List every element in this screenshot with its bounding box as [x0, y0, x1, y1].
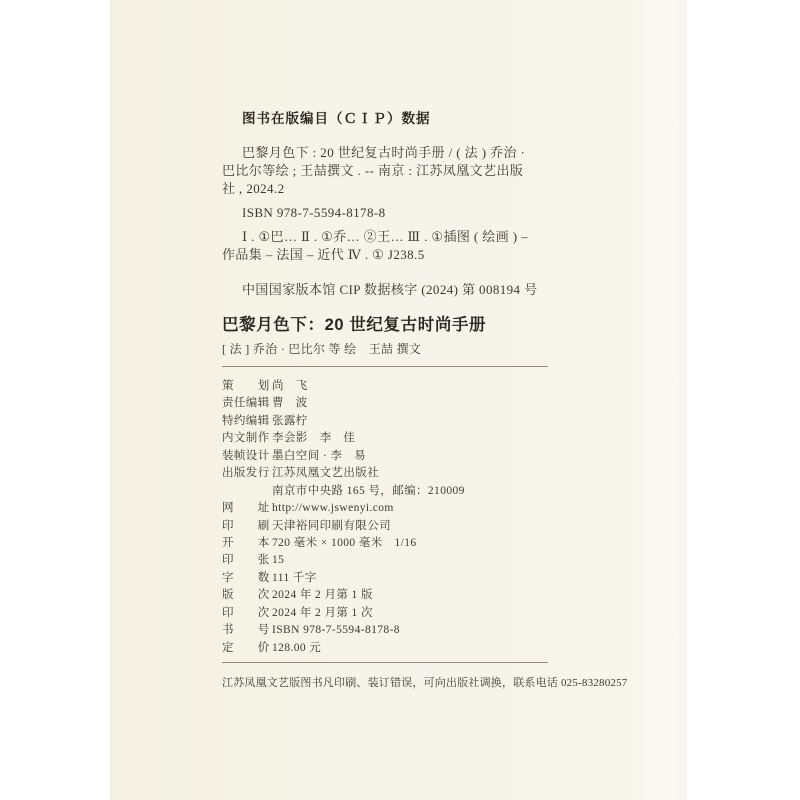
- credit-row-edition: 版 次 2024 年 2 月第 1 版: [222, 587, 662, 604]
- credit-label: 定 价: [222, 640, 266, 657]
- credit-value: 15: [272, 552, 284, 569]
- credit-label: 出版发行: [222, 465, 266, 482]
- divider-rule-top: [222, 366, 548, 367]
- credit-value: 墨白空间 · 李 易: [272, 448, 366, 465]
- credit-label: 印 张: [222, 552, 266, 569]
- credit-label: 策 划: [222, 378, 266, 395]
- book-byline: [ 法 ] 乔治 · 巴比尔 等 绘 王喆 撰文: [222, 341, 421, 357]
- cip-description-line-3: 社 , 2024.2: [222, 180, 285, 197]
- credit-row-book-number: 书 号 ISBN 978-7-5594-8178-8: [222, 622, 662, 639]
- credit-value: 720 毫米 × 1000 毫米 1/16: [272, 535, 417, 552]
- misprint-exchange-note: 江苏凤凰文艺版图书凡印刷、装订错误，可向出版社调换，联系电话 025-83280…: [222, 675, 628, 691]
- credit-label: 开 本: [222, 535, 266, 552]
- credit-row-publisher: 出版发行 江苏凤凰文艺出版社: [222, 465, 662, 482]
- credit-row-printer: 印 刷 天津裕同印刷有限公司: [222, 518, 662, 535]
- credit-label: 内文制作: [222, 430, 266, 447]
- credits-list: 策 划 尚 飞 责任编辑 曹 波 特约编辑 张露柠 内文制作 李会影 李 佳 装…: [222, 378, 662, 657]
- cip-header: 图书在版编目（ＣＩＰ）数据: [242, 110, 431, 127]
- credit-label: 特约编辑: [222, 413, 266, 430]
- credit-value: 2024 年 2 月第 1 次: [272, 605, 373, 622]
- divider-rule-bottom: [222, 662, 548, 663]
- cip-classification-line-2: 作品集 – 法国 – 近代 Ⅳ . ① J238.5: [222, 246, 425, 263]
- credit-row-planning: 策 划 尚 飞: [222, 378, 662, 395]
- page-background: 图书在版编目（ＣＩＰ）数据 巴黎月色下 : 20 世纪复古时尚手册 / ( 法 …: [0, 0, 800, 800]
- cip-classification-line-1: Ⅰ . ①巴… Ⅱ . ①乔… ②王… Ⅲ . ①插图 ( 绘画 ) –: [242, 228, 528, 245]
- credit-value: 尚 飞: [272, 378, 308, 395]
- credit-value: 128.00 元: [272, 640, 321, 657]
- credit-label: 字 数: [222, 570, 266, 587]
- credit-row-layout: 内文制作 李会影 李 佳: [222, 430, 662, 447]
- credit-value: 江苏凤凰文艺出版社: [272, 465, 379, 482]
- credit-row-contributing-editor: 特约编辑 张露柠: [222, 413, 662, 430]
- credit-row-publisher-address: 南京市中央路 165 号，邮编：210009: [222, 483, 662, 500]
- credit-label: 网 址: [222, 500, 266, 517]
- cip-isbn: ISBN 978-7-5594-8178-8: [242, 204, 386, 221]
- credit-value: 天津裕同印刷有限公司: [272, 518, 391, 535]
- credit-value: 李会影 李 佳: [272, 430, 355, 447]
- credit-value: ISBN 978-7-5594-8178-8: [272, 622, 400, 639]
- credit-label: 书 号: [222, 622, 266, 639]
- credit-row-format: 开 本 720 毫米 × 1000 毫米 1/16: [222, 535, 662, 552]
- credit-value: 张露柠: [272, 413, 308, 430]
- cip-registry-number: 中国国家版本馆 CIP 数据核字 (2024) 第 008194 号: [242, 281, 538, 298]
- credit-label: 印 刷: [222, 518, 266, 535]
- cip-description-line-2: 巴比尔等绘 ; 王喆撰文 . -- 南京 : 江苏凤凰文艺出版: [222, 162, 523, 179]
- credit-row-impression: 印 次 2024 年 2 月第 1 次: [222, 605, 662, 622]
- credit-label: 装帧设计: [222, 448, 266, 465]
- credit-row-design: 装帧设计 墨白空间 · 李 易: [222, 448, 662, 465]
- credit-row-word-count: 字 数 111 千字: [222, 570, 662, 587]
- credit-row-website: 网 址 http://www.jswenyi.com: [222, 500, 662, 517]
- credit-value: http://www.jswenyi.com: [272, 500, 394, 517]
- credit-row-sheets: 印 张 15: [222, 552, 662, 569]
- credit-label: 印 次: [222, 605, 266, 622]
- book-title: 巴黎月色下：20 世纪复古时尚手册: [222, 314, 486, 336]
- credit-row-responsible-editor: 责任编辑 曹 波: [222, 395, 662, 412]
- credit-label: 责任编辑: [222, 395, 266, 412]
- credit-value: 南京市中央路 165 号，邮编：210009: [272, 483, 465, 500]
- cip-description-line-1: 巴黎月色下 : 20 世纪复古时尚手册 / ( 法 ) 乔治 ·: [242, 144, 525, 161]
- book-copyright-page: 图书在版编目（ＣＩＰ）数据 巴黎月色下 : 20 世纪复古时尚手册 / ( 法 …: [110, 0, 687, 800]
- credit-row-price: 定 价 128.00 元: [222, 640, 662, 657]
- credit-label: 版 次: [222, 587, 266, 604]
- credit-value: 2024 年 2 月第 1 版: [272, 587, 373, 604]
- credit-value: 曹 波: [272, 395, 308, 412]
- credit-value: 111 千字: [272, 570, 317, 587]
